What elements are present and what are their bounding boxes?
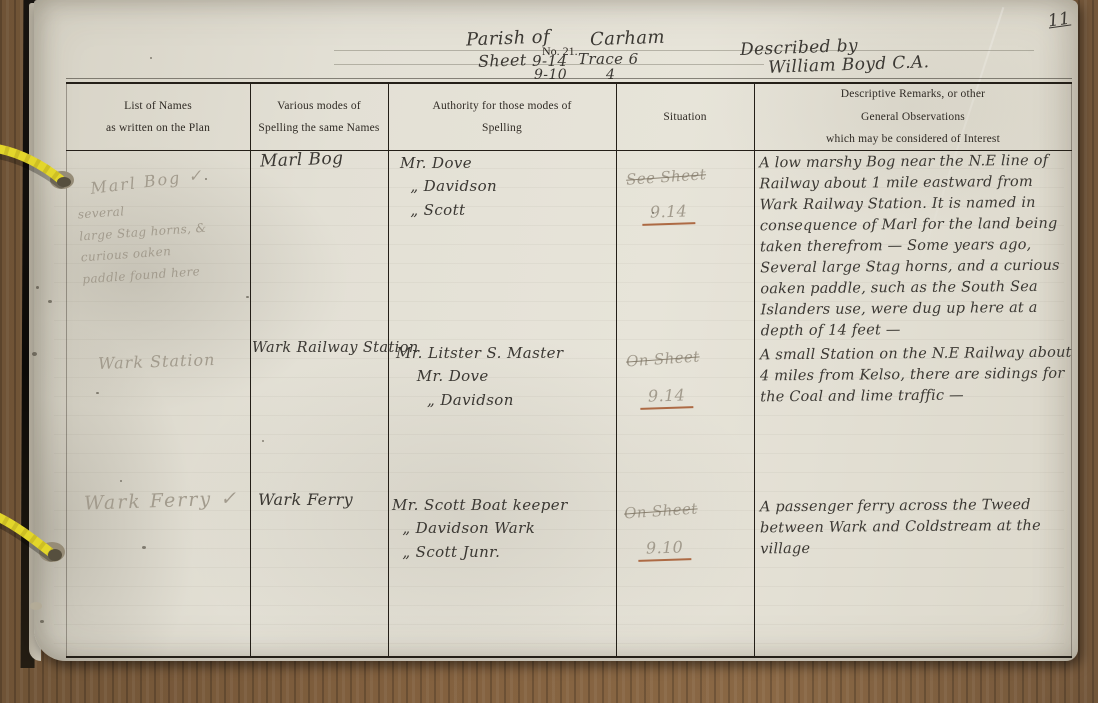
spelling-entry: Wark Railway Station — [252, 340, 419, 356]
scanned-name-book: 11 Parish of No. 21. Carham Sheet 9-14 T… — [0, 0, 1098, 703]
sheet-label-handwritten: Sheet — [478, 50, 527, 71]
trace-row1: Trace 6 — [578, 50, 639, 68]
paper-speck — [40, 620, 44, 623]
parish-label-handwritten: Parish of — [466, 27, 551, 51]
paper-speck — [205, 178, 207, 180]
column-header-situation: Situation — [616, 88, 754, 146]
column-header-remarks: Descriptive Remarks, or other General Ob… — [754, 88, 1072, 146]
paper-speck — [32, 352, 37, 356]
paper-speck — [262, 440, 264, 442]
plan-name-pencil-notes: several large Stag horns, & curious oake… — [77, 196, 210, 291]
header-rule — [334, 50, 1034, 51]
column-header-spelling-modes: Various modes of Spelling the same Names — [250, 88, 388, 146]
table-bottom-border — [66, 656, 1072, 658]
paper-speck — [120, 480, 122, 482]
column-divider — [250, 82, 251, 658]
column-divider — [388, 82, 389, 658]
remarks-text: A low marshy Bog near the N.E line of Ra… — [759, 151, 1069, 343]
situation-sheet-number: 9.10 — [638, 537, 692, 562]
authority-list: Mr. Dove „ Davidson „ Scott — [400, 152, 497, 222]
column-divider — [754, 82, 755, 658]
paper-speck — [150, 57, 152, 59]
sheet-number-row2: 9-10 — [534, 67, 567, 83]
situation-sheet-number: 9.14 — [642, 201, 696, 226]
column-divider — [616, 82, 617, 658]
authority-list: Mr. Litster S. Master Mr. Dove „ Davidso… — [396, 342, 564, 412]
spelling-entry: Wark Ferry — [258, 490, 353, 509]
remarks-text: A passenger ferry across the Tweed betwe… — [760, 495, 1073, 561]
paper-speck — [96, 392, 99, 394]
paper-speck — [142, 546, 146, 549]
paper-speck — [246, 296, 249, 298]
authority-list: Mr. Scott Boat keeper „ Davidson Wark „ … — [392, 494, 568, 564]
trace-row2: 4 — [606, 67, 615, 83]
parish-name-handwritten: Carham — [590, 27, 666, 51]
page-number: 11 — [1047, 9, 1072, 32]
table-top-thin-rule — [66, 78, 1072, 79]
paper-speck — [652, 212, 654, 214]
column-header-names: List of Names as written on the Plan — [66, 88, 250, 146]
paper-speck — [48, 300, 52, 303]
remarks-text: A small Station on the N.E Railway about… — [760, 343, 1073, 409]
spelling-entry: Marl Bog — [260, 149, 344, 172]
column-header-authority: Authority for those modes of Spelling — [388, 88, 616, 146]
ledger-page: 11 Parish of No. 21. Carham Sheet 9-14 T… — [34, 0, 1078, 661]
paper-speck — [36, 286, 39, 289]
table-left-border — [66, 82, 67, 658]
situation-sheet-number: 9.14 — [640, 385, 694, 410]
described-by-name: William Boyd C.A. — [768, 52, 930, 78]
